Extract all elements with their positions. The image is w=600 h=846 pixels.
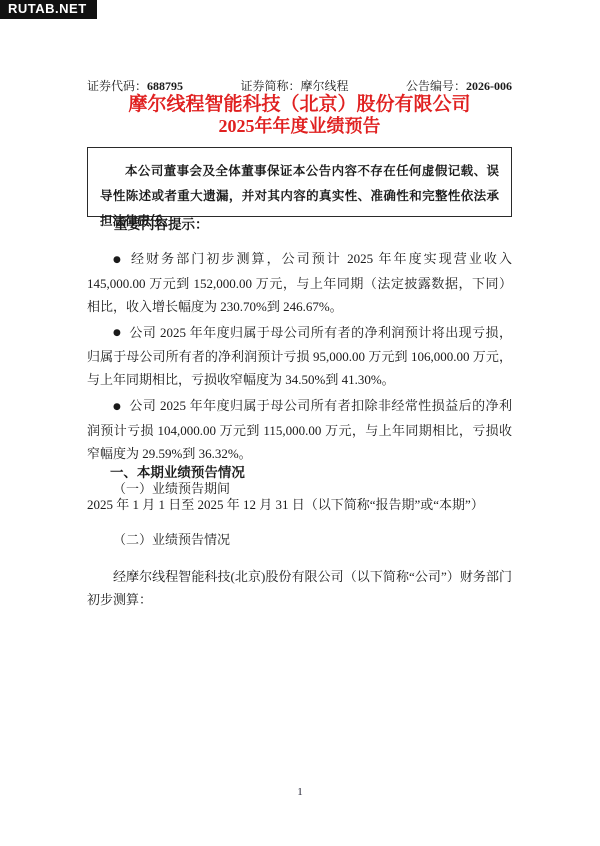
document-title: 2025年年度业绩预告 bbox=[87, 116, 512, 136]
important-notice-heading: 重要内容提示： bbox=[87, 217, 512, 233]
announcement-page: RUTAB.NET 证券代码：688795 证券简称：摩尔线程 公告编号：202… bbox=[0, 0, 600, 846]
notice-bullet-adjusted-loss: ●公司 2025 年年度归属于母公司所有者扣除非经常性损益后的净利润预计亏损 1… bbox=[87, 394, 512, 465]
stock-code-label: 证券代码： bbox=[87, 79, 147, 93]
bullet-icon: ● bbox=[113, 402, 121, 412]
forecast-period-text: 2025 年 1 月 1 日至 2025 年 12 月 31 日（以下简称“报告… bbox=[87, 497, 512, 513]
notice-bullet-net-loss-text: 公司 2025 年年度归属于母公司所有者的净利润预计将出现亏损，归属于母公司所有… bbox=[87, 325, 512, 388]
preliminary-estimate-text: 经摩尔线程智能科技(北京)股份有限公司（以下简称“公司”）财务部门初步测算： bbox=[87, 565, 512, 611]
company-title: 摩尔线程智能科技（北京）股份有限公司 bbox=[87, 94, 512, 116]
subsection-situation-heading: （二）业绩预告情况 bbox=[87, 532, 512, 548]
stock-name-label: 证券简称： bbox=[240, 79, 300, 93]
subsection-period-heading: （一）业绩预告期间 bbox=[87, 481, 512, 497]
announcement-number-value: 2026-006 bbox=[466, 79, 512, 93]
notice-bullet-revenue: ●经财务部门初步测算，公司预计 2025 年年度实现营业收入 145,000.0… bbox=[87, 247, 512, 318]
board-disclaimer-box: 本公司董事会及全体董事保证本公告内容不存在任何虚假记载、误导性陈述或者重大遗漏，… bbox=[87, 147, 512, 217]
page-number: 1 bbox=[0, 786, 600, 798]
notice-bullet-revenue-text: 经财务部门初步测算，公司预计 2025 年年度实现营业收入 145,000.00… bbox=[87, 251, 512, 314]
stock-name: 证券简称：摩尔线程 bbox=[240, 78, 348, 94]
notice-bullet-net-loss: ●公司 2025 年年度归属于母公司所有者的净利润预计将出现亏损，归属于母公司所… bbox=[87, 321, 512, 392]
securities-header-row: 证券代码：688795 证券简称：摩尔线程 公告编号：2026-006 bbox=[87, 78, 512, 94]
stock-code-value: 688795 bbox=[147, 79, 183, 93]
stock-code: 证券代码：688795 bbox=[87, 78, 183, 94]
site-watermark: RUTAB.NET bbox=[0, 0, 97, 19]
bullet-icon: ● bbox=[113, 328, 121, 338]
announcement-number-label: 公告编号： bbox=[406, 79, 466, 93]
stock-name-value: 摩尔线程 bbox=[301, 79, 349, 93]
document-content: 证券代码：688795 证券简称：摩尔线程 公告编号：2026-006 摩尔线程… bbox=[87, 0, 512, 611]
notice-bullet-adjusted-loss-text: 公司 2025 年年度归属于母公司所有者扣除非经常性损益后的净利润预计亏损 10… bbox=[87, 398, 512, 461]
section-one-heading: 一、本期业绩预告情况 bbox=[87, 465, 512, 481]
bullet-icon: ● bbox=[113, 255, 123, 265]
announcement-number: 公告编号：2026-006 bbox=[406, 78, 512, 94]
